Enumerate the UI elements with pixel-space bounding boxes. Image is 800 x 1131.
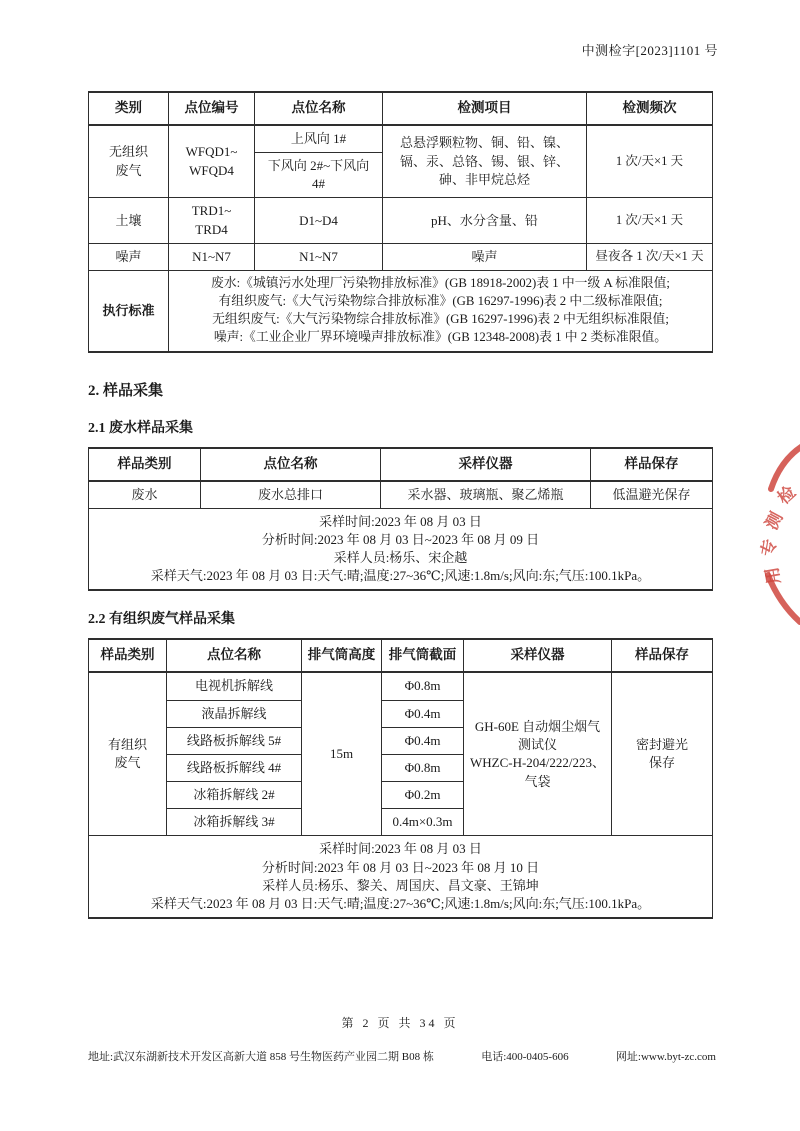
seal-characters: 检 测 专 用	[757, 481, 800, 586]
info-sampling-weather: 采样天气:2023 年 08 月 03 日:天气:晴;温度:27~36℃;风速:…	[94, 567, 707, 585]
col-header-storage: 样品保存	[612, 639, 713, 672]
cell-noise-category: 噪声	[89, 243, 169, 270]
cell-noise-frequency: 昼夜各 1 次/天×1 天	[587, 243, 713, 270]
red-seal-graphic: 检 测 专 用	[752, 443, 800, 625]
cell-noise-items: 噪声	[383, 243, 587, 270]
page-number: 第 2 页 共 34 页	[0, 1014, 800, 1031]
col-header-point-code: 点位编号	[169, 92, 255, 125]
col-header-sample-category: 样品类别	[89, 448, 201, 481]
cell-site: 线路板拆解线 5#	[167, 727, 302, 754]
cell-soil-items: pH、水分含量、铅	[383, 198, 587, 243]
cell-sampling-info: 采样时间:2023 年 08 月 03 日 分析时间:2023 年 08 月 0…	[89, 836, 713, 918]
cell-ww-instrument: 采水器、玻璃瓶、聚乙烯瓶	[381, 481, 591, 509]
col-header-items: 检测项目	[383, 92, 587, 125]
col-header-storage: 样品保存	[591, 448, 713, 481]
cell-soil-site: D1~D4	[255, 198, 383, 243]
info-sampling-time: 采样时间:2023 年 08 月 03 日	[94, 513, 707, 531]
monitoring-overview-table: 类别 点位编号 点位名称 检测项目 检测频次 无组织 废气 WFQD1~ WFQ…	[88, 91, 713, 353]
cell-standards-label: 执行标准	[89, 271, 169, 352]
cell-gas-items: 总悬浮颗粒物、铜、铅、镍、镉、汞、总铬、锡、银、锌、砷、非甲烷总烃	[383, 125, 587, 198]
cell-gas-site-downwind: 下风向 2#~下风向 4#	[255, 153, 383, 198]
section-2-title: 2. 样品采集	[88, 379, 800, 400]
cell-section: 0.4m×0.3m	[382, 809, 464, 836]
cell-site: 电视机拆解线	[167, 672, 302, 700]
organized-gas-sampling-table: 样品类别 点位名称 排气筒高度 排气筒截面 采样仪器 样品保存 有组织 废气 电…	[88, 638, 713, 919]
cell-gas-frequency: 1 次/天×1 天	[587, 125, 713, 198]
col-header-instrument: 采样仪器	[381, 448, 591, 481]
cell-section: Φ0.2m	[382, 782, 464, 809]
info-sampling-staff: 采样人员:杨乐、宋企越	[94, 549, 707, 567]
col-header-point-name: 点位名称	[167, 639, 302, 672]
cell-ww-category: 废水	[89, 481, 201, 509]
wastewater-sampling-table: 样品类别 点位名称 采样仪器 样品保存 废水 废水总排口 采水器、玻璃瓶、聚乙烯…	[88, 447, 713, 592]
cell-og-category: 有组织 废气	[89, 672, 167, 836]
standard-line-noise: 噪声:《工业企业厂界环境噪声排放标准》(GB 12348-2008)表 1 中 …	[174, 329, 707, 347]
table-row-noise: 噪声 N1~N7 N1~N7 噪声 昼夜各 1 次/天×1 天	[89, 243, 713, 270]
report-page: 中测检字[2023]1101 号 类别 点位编号 点位名称 检测项目 检测频次 …	[0, 0, 800, 1131]
svg-text:测: 测	[762, 509, 787, 533]
table-header-row: 样品类别 点位名称 采样仪器 样品保存	[89, 448, 713, 481]
footer-phone: 电话:400-0405-606	[481, 1048, 568, 1064]
footer-contact: 地址:武汉东湖新技术开发区高新大道 858 号生物医药产业园二期 B08 栋 电…	[88, 1048, 716, 1064]
table-row-wastewater: 废水 废水总排口 采水器、玻璃瓶、聚乙烯瓶 低温避光保存	[89, 481, 713, 509]
cell-site: 液晶拆解线	[167, 700, 302, 727]
col-header-stack-section: 排气筒截面	[382, 639, 464, 672]
info-sampling-weather: 采样天气:2023 年 08 月 03 日:天气:晴;温度:27~36℃;风速:…	[94, 895, 707, 913]
svg-text:用: 用	[762, 566, 784, 586]
cell-noise-code: N1~N7	[169, 243, 255, 270]
cell-sampling-info: 采样时间:2023 年 08 月 03 日 分析时间:2023 年 08 月 0…	[89, 508, 713, 590]
cell-ww-storage: 低温避光保存	[591, 481, 713, 509]
red-seal-stamp: 检 测 专 用	[752, 443, 800, 625]
info-analysis-time: 分析时间:2023 年 08 月 03 日~2023 年 08 月 10 日	[94, 859, 707, 877]
cell-soil-code: TRD1~ TRD4	[169, 198, 255, 243]
cell-section: Φ0.8m	[382, 754, 464, 781]
table-header-row: 样品类别 点位名称 排气筒高度 排气筒截面 采样仪器 样品保存	[89, 639, 713, 672]
cell-soil-category: 土壤	[89, 198, 169, 243]
standard-line-unorganized-gas: 无组织废气:《大气污染物综合排放标准》(GB 16297-1996)表 2 中无…	[174, 311, 707, 329]
table-row-line-tv: 有组织 废气 电视机拆解线 15m Φ0.8m GH-60E 自动烟尘烟气测试仪…	[89, 672, 713, 700]
section-2-2-title: 2.2 有组织废气样品采集	[88, 608, 800, 628]
cell-instrument: GH-60E 自动烟尘烟气测试仪 WHZC-H-204/222/223、气袋	[464, 672, 612, 836]
table-row-standards: 执行标准 废水:《城镇污水处理厂污染物排放标准》(GB 18918-2002)表…	[89, 271, 713, 352]
cell-section: Φ0.4m	[382, 700, 464, 727]
cell-gas-site-upwind: 上风向 1#	[255, 125, 383, 153]
section-2-1-title: 2.1 废水样品采集	[88, 417, 800, 437]
cell-stack-height: 15m	[302, 672, 382, 836]
table-row-soil: 土壤 TRD1~ TRD4 D1~D4 pH、水分含量、铅 1 次/天×1 天	[89, 198, 713, 243]
table-row-sampling-info: 采样时间:2023 年 08 月 03 日 分析时间:2023 年 08 月 0…	[89, 508, 713, 590]
seal-arc-top	[771, 445, 800, 489]
cell-soil-frequency: 1 次/天×1 天	[587, 198, 713, 243]
col-header-point-name: 点位名称	[201, 448, 381, 481]
standard-line-organized-gas: 有组织废气:《大气污染物综合排放标准》(GB 16297-1996)表 2 中二…	[174, 293, 707, 311]
table-header-row: 类别 点位编号 点位名称 检测项目 检测频次	[89, 92, 713, 125]
cell-ww-site: 废水总排口	[201, 481, 381, 509]
col-header-frequency: 检测频次	[587, 92, 713, 125]
footer-website: 网址:www.byt-zc.com	[616, 1048, 716, 1064]
cell-section: Φ0.8m	[382, 672, 464, 700]
standard-line-wastewater: 废水:《城镇污水处理厂污染物排放标准》(GB 18918-2002)表 1 中一…	[174, 275, 707, 293]
info-analysis-time: 分析时间:2023 年 08 月 03 日~2023 年 08 月 09 日	[94, 531, 707, 549]
col-header-instrument: 采样仪器	[464, 639, 612, 672]
info-sampling-staff: 采样人员:杨乐、黎关、周国庆、昌文豪、王锦坤	[94, 877, 707, 895]
col-header-category: 类别	[89, 92, 169, 125]
footer-address: 地址:武汉东湖新技术开发区高新大道 858 号生物医药产业园二期 B08 栋	[88, 1048, 434, 1064]
cell-standards-content: 废水:《城镇污水处理厂污染物排放标准》(GB 18918-2002)表 1 中一…	[169, 271, 713, 352]
col-header-sample-category: 样品类别	[89, 639, 167, 672]
info-sampling-time: 采样时间:2023 年 08 月 03 日	[94, 840, 707, 858]
cell-gas-category: 无组织 废气	[89, 125, 169, 198]
cell-gas-code: WFQD1~ WFQD4	[169, 125, 255, 198]
col-header-point-name: 点位名称	[255, 92, 383, 125]
cell-section: Φ0.4m	[382, 727, 464, 754]
cell-storage: 密封避光 保存	[612, 672, 713, 836]
table-row-sampling-info: 采样时间:2023 年 08 月 03 日 分析时间:2023 年 08 月 0…	[89, 836, 713, 918]
table-row-gas-upwind: 无组织 废气 WFQD1~ WFQD4 上风向 1# 总悬浮颗粒物、铜、铅、镍、…	[89, 125, 713, 153]
cell-site: 冰箱拆解线 3#	[167, 809, 302, 836]
svg-text:专: 专	[757, 537, 780, 557]
col-header-stack-height: 排气筒高度	[302, 639, 382, 672]
svg-text:检: 检	[773, 481, 800, 508]
cell-site: 线路板拆解线 4#	[167, 754, 302, 781]
cell-site: 冰箱拆解线 2#	[167, 782, 302, 809]
cell-noise-site: N1~N7	[255, 243, 383, 270]
doc-ref-number: 中测检字[2023]1101 号	[0, 0, 718, 59]
